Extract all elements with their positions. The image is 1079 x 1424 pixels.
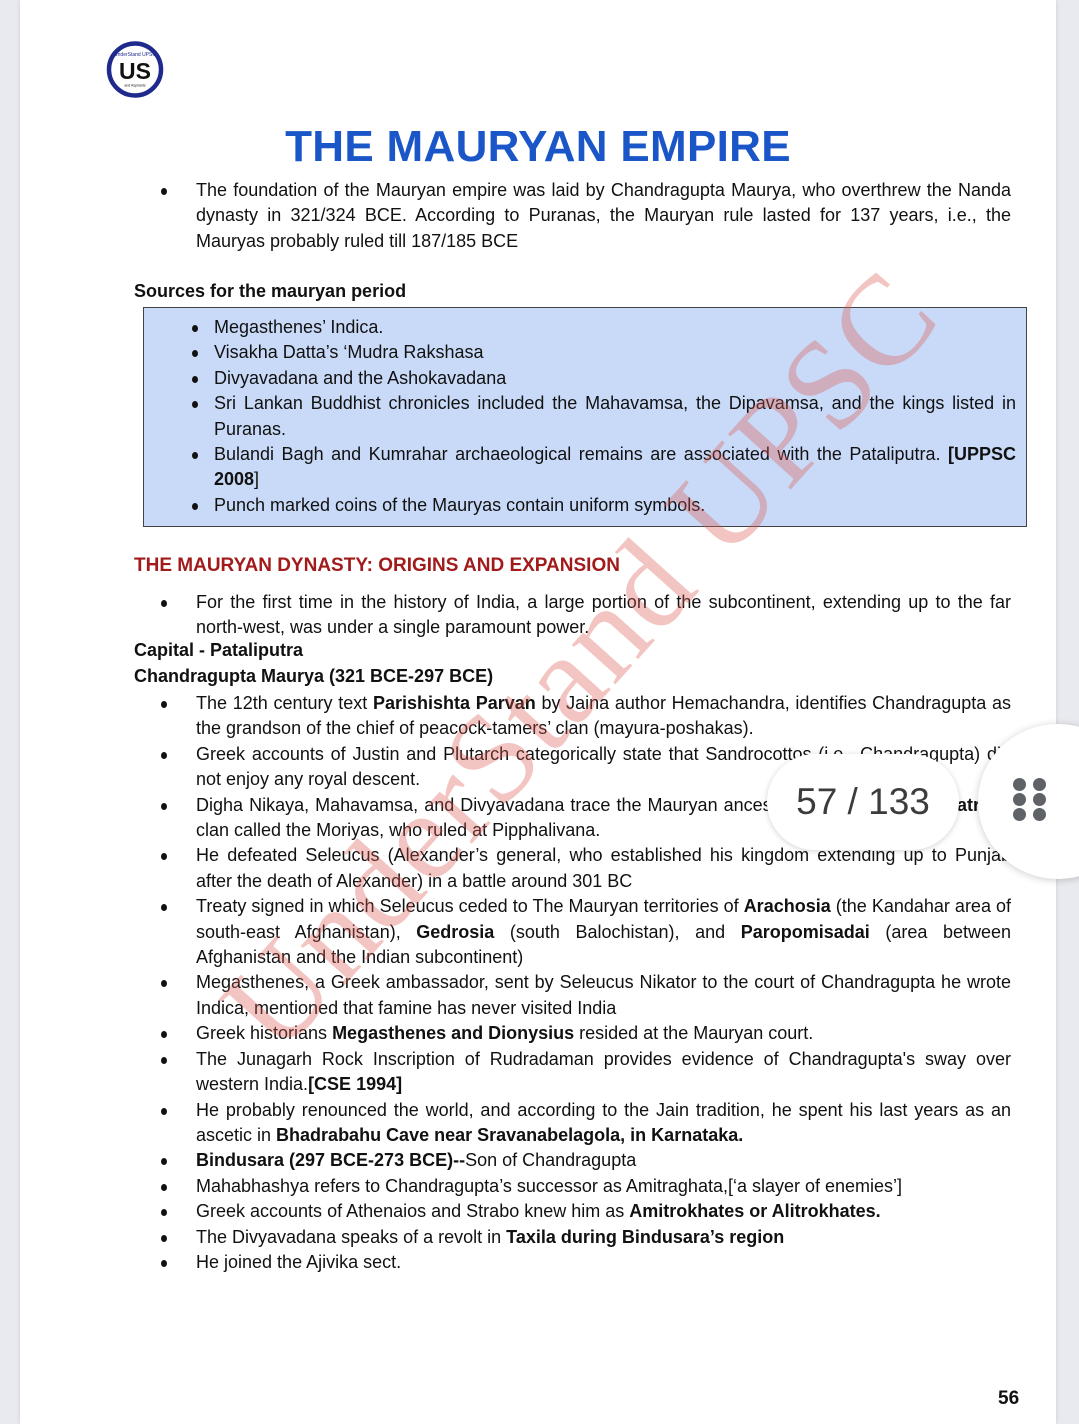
ruler-heading: Chandragupta Maurya (321 BCE-297 BCE) bbox=[134, 666, 493, 687]
intro-section: The foundation of the Mauryan empire was… bbox=[134, 178, 1011, 254]
page-number: 56 bbox=[998, 1388, 1019, 1410]
intro-list: The foundation of the Mauryan empire was… bbox=[134, 178, 1011, 254]
list-item: The Junagarh Rock Inscription of Rudrada… bbox=[134, 1047, 1011, 1098]
list-item: He joined the Ajivika sect. bbox=[134, 1250, 1011, 1275]
source-item: Sri Lankan Buddhist chronicles included … bbox=[152, 391, 1016, 442]
document-page: UnderStand UPSC US and Aspirants THE MAU… bbox=[20, 0, 1056, 1424]
source-item: Visakha Datta’s ‘Mudra Rakshasa bbox=[152, 340, 1016, 365]
source-item: Megasthenes’ Indica. bbox=[152, 315, 1016, 340]
source-item: Bulandi Bagh and Kumrahar archaeological… bbox=[152, 442, 1016, 493]
list-item: Megasthenes, a Greek ambassador, sent by… bbox=[134, 970, 1011, 1021]
sources-box: Megasthenes’ Indica.Visakha Datta’s ‘Mud… bbox=[143, 307, 1027, 527]
understand-upsc-logo: UnderStand UPSC US and Aspirants bbox=[104, 41, 166, 98]
source-item: Punch marked coins of the Mauryas contai… bbox=[152, 493, 1016, 518]
source-item: Divyavadana and the Ashokavadana bbox=[152, 366, 1016, 391]
list-item: He probably renounced the world, and acc… bbox=[134, 1098, 1011, 1149]
list-item: The 12th century text Parishishta Parvan… bbox=[134, 691, 1011, 742]
sources-heading: Sources for the mauryan period bbox=[134, 281, 406, 302]
grid-dots-icon bbox=[1013, 778, 1047, 822]
capital-heading: Capital - Pataliputra bbox=[134, 640, 303, 661]
list-item: Mahabhashya refers to Chandragupta’s suc… bbox=[134, 1174, 1011, 1199]
list-item: For the first time in the history of Ind… bbox=[134, 590, 1011, 641]
page-counter[interactable]: 57 / 133 bbox=[767, 754, 959, 850]
list-item: Bindusara (297 BCE-273 BCE)--Son of Chan… bbox=[134, 1148, 1011, 1173]
list-item: The Divyavadana speaks of a revolt in Ta… bbox=[134, 1225, 1011, 1250]
svg-text:US: US bbox=[119, 58, 151, 84]
svg-text:and Aspirants: and Aspirants bbox=[124, 84, 145, 88]
sources-list: Megasthenes’ Indica.Visakha Datta’s ‘Mud… bbox=[152, 315, 1016, 518]
list-item: The foundation of the Mauryan empire was… bbox=[134, 178, 1011, 254]
expansion-list: For the first time in the history of Ind… bbox=[134, 590, 1011, 641]
list-item: Greek historians Megasthenes and Dionysi… bbox=[134, 1021, 1011, 1046]
list-item: Greek accounts of Athenaios and Strabo k… bbox=[134, 1199, 1011, 1224]
list-item: He defeated Seleucus (Alexander’s genera… bbox=[134, 843, 1011, 894]
page-title: THE MAURYAN EMPIRE bbox=[20, 122, 1056, 172]
section-heading: THE MAURYAN DYNASTY: ORIGINS AND EXPANSI… bbox=[134, 555, 620, 577]
list-item: Treaty signed in which Seleucus ceded to… bbox=[134, 894, 1011, 970]
